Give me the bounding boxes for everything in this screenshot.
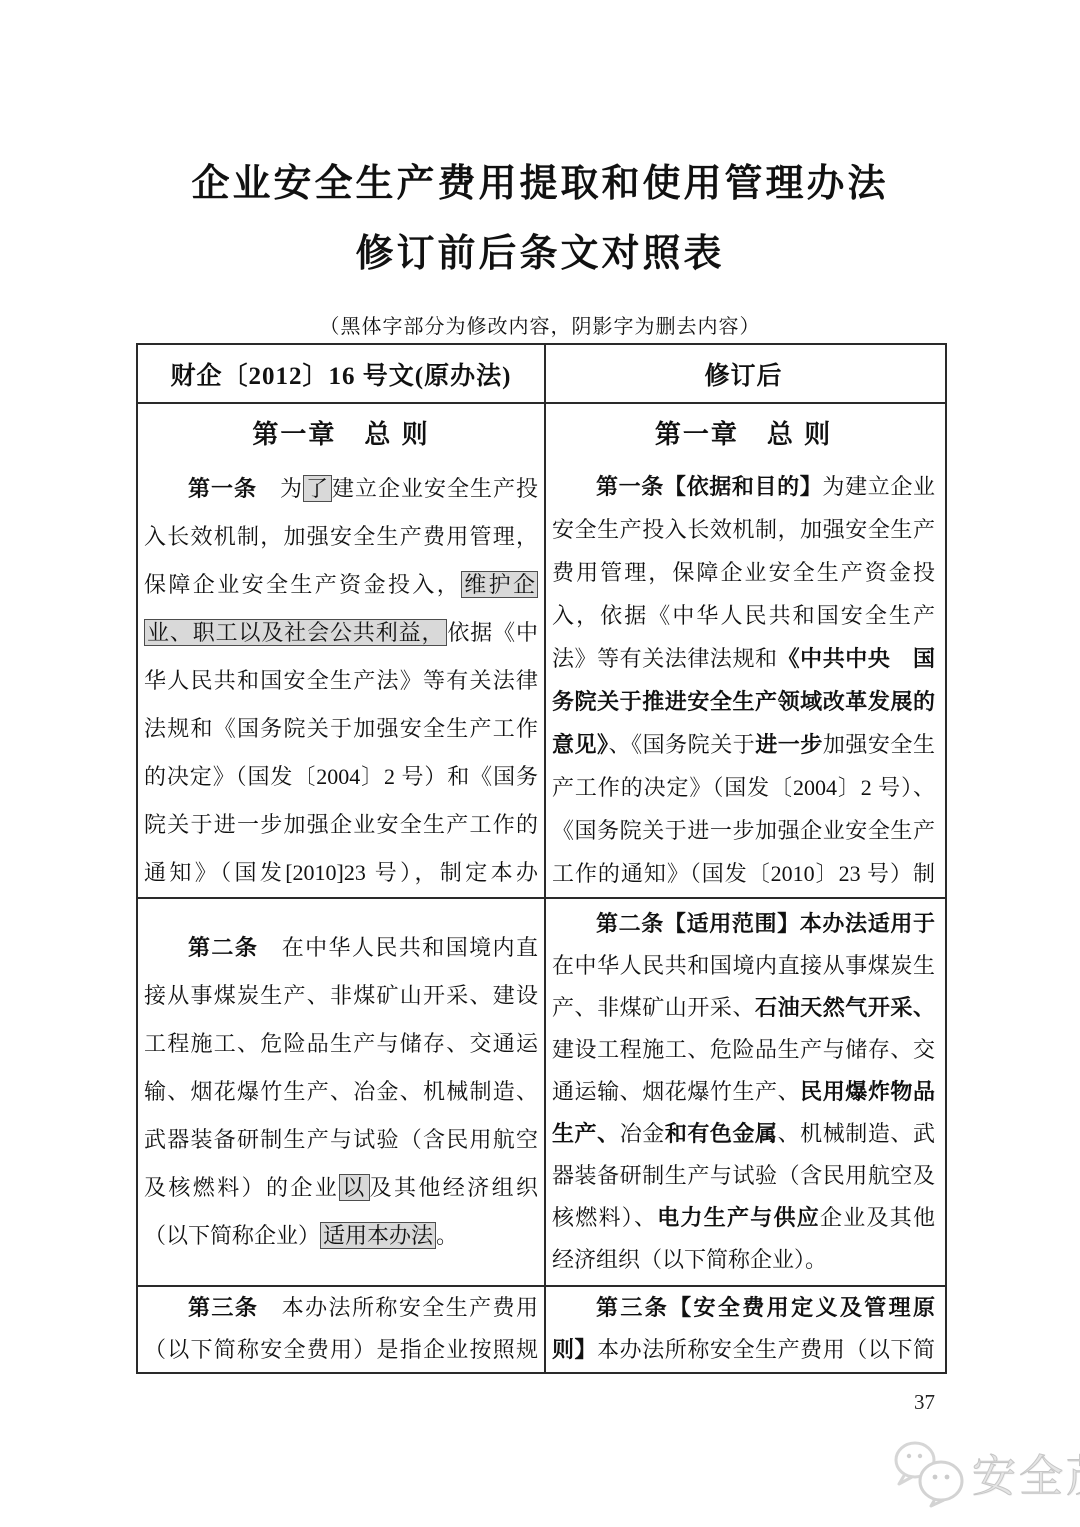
watermark-text: 安全茂 xyxy=(972,1440,1080,1504)
article-2-right-cell: 第二条【适用范围】本办法适用于在中华人民共和国境内直接从事煤炭生产、非煤矿山开采… xyxy=(546,899,941,1285)
modified-text: 第二条【适用范围】本办法适用于 xyxy=(596,911,935,936)
article-3-right-cell: 第三条【安全费用定义及管理原则】本办法所称安全生产费用（以下简称安全 xyxy=(546,1287,941,1372)
article-1-left-text: 第一条 为了建立企业安全生产投入长效机制，加强安全生产费用管理，保障企业安全生产… xyxy=(144,465,538,897)
article-1-right-cell: 第一条【依据和目的】为建立企业安全生产投入长效机制，加强安全生产费用管理，保障企… xyxy=(546,461,941,897)
modified-text: 第二条 xyxy=(188,935,258,960)
body-text: 、《国务院关于 xyxy=(609,732,756,757)
article-2-left-cell: 第二条 在中华人民共和国境内直接从事煤炭生产、非煤矿山开采、建设工程施工、危险品… xyxy=(138,899,546,1285)
table-row-article-2: 第二条 在中华人民共和国境内直接从事煤炭生产、非煤矿山开采、建设工程施工、危险品… xyxy=(138,897,945,1285)
document-page: 企业安全生产费用提取和使用管理办法 修订前后条文对照表 （黑体字部分为修改内容，… xyxy=(0,0,1080,1527)
article-2-left-text: 第二条 在中华人民共和国境内直接从事煤炭生产、非煤矿山开采、建设工程施工、危险品… xyxy=(144,924,538,1260)
deleted-text: 适用本办法 xyxy=(320,1222,436,1249)
modified-text: 第三条 xyxy=(188,1295,258,1320)
header-original-method: 财企〔2012〕16 号文(原办法) xyxy=(138,345,546,402)
chapter-row: 第一章 总 则 第一章 总 则 xyxy=(138,402,945,461)
body-text: 本办法所称安全生产费用（以下简称安全 xyxy=(552,1337,935,1372)
article-3-left-text: 第三条 本办法所称安全生产费用（以下简称安全费用）是指企业按照规定标准 xyxy=(144,1287,538,1372)
table-row-article-1: 第一条 为了建立企业安全生产投入长效机制，加强安全生产费用管理，保障企业安全生产… xyxy=(138,461,945,897)
table-row-article-3: 第三条 本办法所称安全生产费用（以下简称安全费用）是指企业按照规定标准第三条【安… xyxy=(138,1285,945,1372)
deleted-text: 以 xyxy=(339,1174,369,1201)
article-3-left-cell: 第三条 本办法所称安全生产费用（以下简称安全费用）是指企业按照规定标准 xyxy=(138,1287,546,1372)
page-number: 37 xyxy=(914,1390,935,1415)
modified-text: 进一步 xyxy=(755,732,823,757)
body-text: 在中华人民共和国境内直接从事煤炭生产、非煤矿山开采、建设工程施工、危险品生产与储… xyxy=(144,935,538,1200)
chapter-title-left: 第一章 总 则 xyxy=(138,404,546,461)
modified-text: 第一条 xyxy=(188,476,257,501)
body-text: 为 xyxy=(257,476,303,501)
table-header-row: 财企〔2012〕16 号文(原办法) 修订后 xyxy=(138,345,945,402)
comparison-table: 财企〔2012〕16 号文(原办法) 修订后 第一章 总 则 第一章 总 则 第… xyxy=(136,343,947,1374)
doc-title-line2: 修订前后条文对照表 xyxy=(0,222,1080,277)
modified-text: 电力生产与供应 xyxy=(657,1205,820,1230)
article-3-right-text: 第三条【安全费用定义及管理原则】本办法所称安全生产费用（以下简称安全 xyxy=(552,1287,935,1372)
chat-bubbles-icon xyxy=(892,1436,968,1508)
body-text: 。 xyxy=(436,1223,458,1248)
modified-text: 石油天然气开采、 xyxy=(755,995,935,1020)
modified-text: 第一条【依据和目的】 xyxy=(596,474,822,499)
legend-note: （黑体字部分为修改内容，阴影字为删去内容） xyxy=(0,310,1080,339)
body-text: 为建立企业安全生产投入长效机制，加强安全生产费用管理，保障企业安全生产资金投入，… xyxy=(552,474,935,671)
article-2-right-text: 第二条【适用范围】本办法适用于在中华人民共和国境内直接从事煤炭生产、非煤矿山开采… xyxy=(552,903,935,1281)
header-revised: 修订后 xyxy=(546,345,941,402)
doc-title-line1: 企业安全生产费用提取和使用管理办法 xyxy=(0,152,1080,207)
body-text: 冶金 xyxy=(620,1121,665,1146)
body-text: 依据《中华人民共和国安全生产法》等有关法律法规和《国务院关于加强安全生产工作的决… xyxy=(144,620,538,897)
article-1-left-cell: 第一条 为了建立企业安全生产投入长效机制，加强安全生产费用管理，保障企业安全生产… xyxy=(138,461,546,897)
chapter-title-right: 第一章 总 则 xyxy=(546,404,941,461)
watermark: 安全茂 xyxy=(892,1436,1080,1508)
article-1-right-text: 第一条【依据和目的】为建立企业安全生产投入长效机制，加强安全生产费用管理，保障企… xyxy=(552,465,935,897)
modified-text: 和有色金属 xyxy=(665,1121,778,1146)
deleted-text: 了 xyxy=(303,475,332,502)
